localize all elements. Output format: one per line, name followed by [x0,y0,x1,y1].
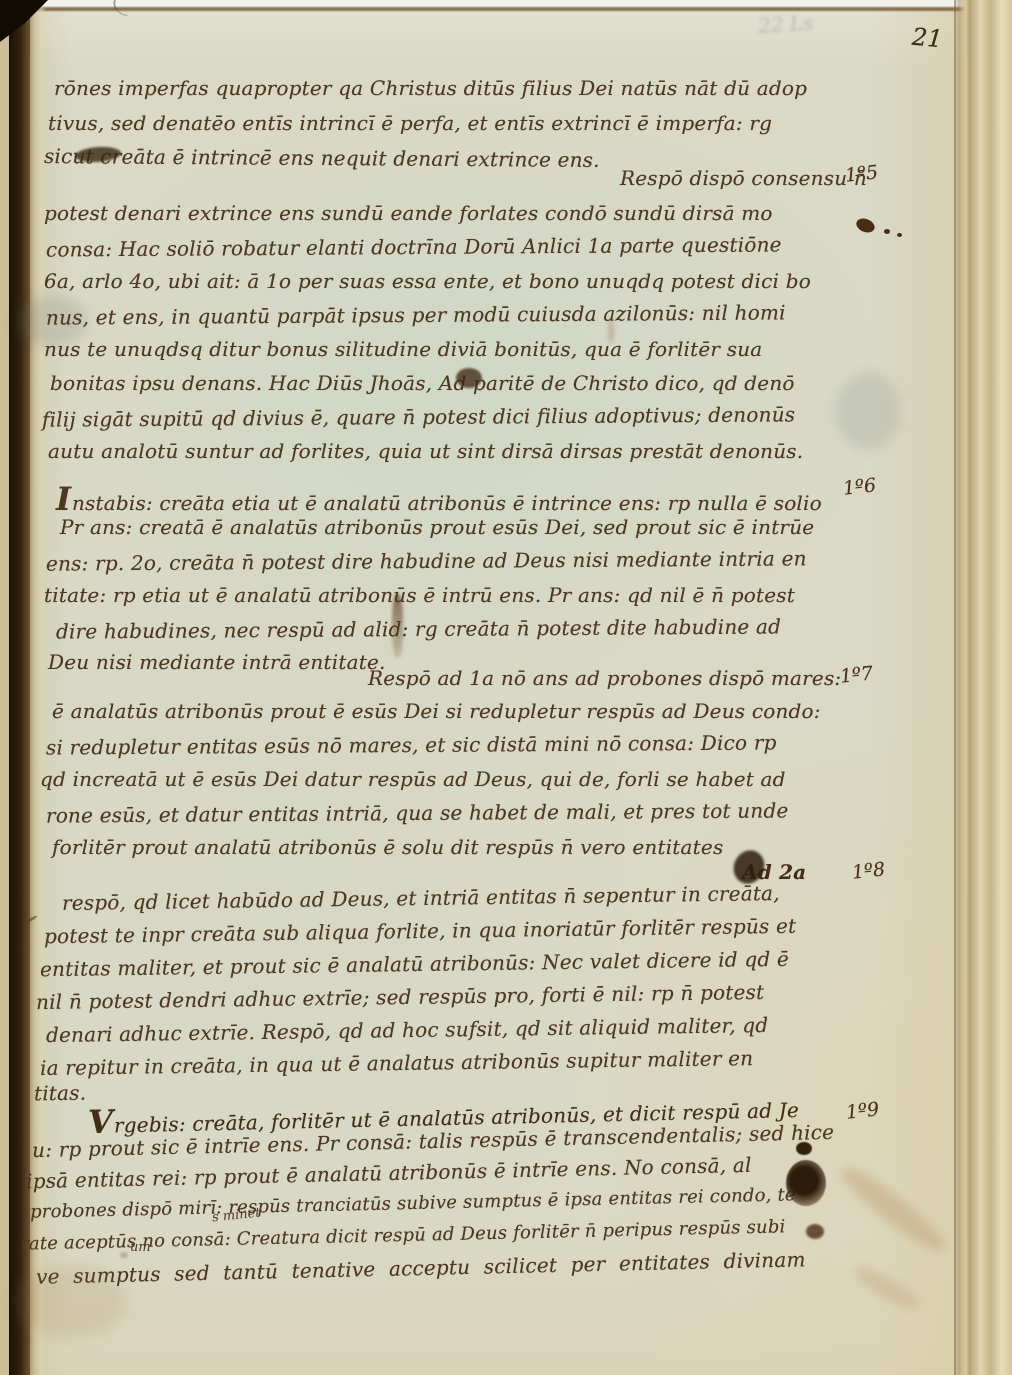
ink-blot [796,1142,812,1155]
marginal-number: 1º9 [845,1098,880,1123]
manuscript-line: nus, et ens, in quantū parpāt ipsus per … [46,302,786,327]
manuscript-line: potest denari extrince ens sundū eande f… [44,203,773,223]
ink-blot [806,1224,824,1239]
manuscript-line: autu analotū suntur ad forlites, quia ut… [48,441,803,461]
page-right-edges [954,0,1012,1375]
marginal-number: 1º7 [839,662,874,687]
manuscript-line: dire habudines, nec respū ad alid: rg cr… [56,616,781,641]
manuscript-line: si redupletur entitas esūs nō mares, et … [46,732,777,757]
stain [14,1266,126,1338]
manuscript-line: consa: Hac soliō robatur elanti doctrīna… [46,234,782,259]
graphite-smudge [836,372,900,450]
marginal-number: 1º5 [844,161,879,186]
ink-drip [392,594,403,658]
manuscript-line: nus te unuqdsq ditur bonus silitudine di… [44,339,762,359]
ink-blot [897,233,902,237]
manuscript-line: 6a, arlo 4o, ubi ait: ā 1o per suas essa… [44,271,811,291]
marginal-number: 1º8 [851,858,886,883]
manuscript-line: qd increatā ut ē esūs Dei datur respūs a… [40,769,786,789]
folio-number: 21 [911,23,944,54]
respondeo-line: Respō dispō consensu n̄ [620,168,867,188]
manuscript-line: Deu nisi mediante intrā entitate. [48,652,386,672]
marginal-number: 1º6 [842,474,877,499]
manuscript-line: filij sigāt supitū qd divius ē, quare n̄… [42,404,795,429]
manuscript-line: forlitēr prout analatū atribonūs ē solu … [52,837,723,857]
manuscript-line: Pr ans: creatā ē analatūs atribonūs prou… [60,517,814,537]
respondeo-line: Respō ad 1a nō ans ad probones dispō mar… [368,668,841,688]
manuscript-line: rone esūs, et datur entitas intriā, qua … [46,800,789,825]
interlinear-correction: um [130,1240,151,1255]
manuscript-line: ens: rp. 2o, creāta n̄ potest dire habud… [46,548,807,573]
page-fold-line [954,0,956,1375]
page-top-edge [24,7,1012,11]
manuscript-line: rōnes imperfas quapropter qa Christus di… [54,78,807,98]
show-through-mark [608,318,614,344]
manuscript-line: bonitas ipsu denans. Hac Diūs Jhoās, Ad … [50,373,795,393]
bleedthrough-mark: 22 Ls [757,10,814,38]
manuscript-line: Instabis: creāta etia ut ē analatū atrib… [56,483,822,515]
stain-speck [120,1252,128,1258]
manuscript-photo: 21 22 Ls rōnes imperfas quapropter qa Ch… [0,0,1012,1375]
ink-blot [786,1160,826,1206]
ink-blot [884,229,890,234]
manuscript-line: titas. [34,1083,86,1104]
ink-overwrite-blot [456,368,482,388]
manuscript-line: tivus, sed denatēo entīs intrincī ē perf… [48,113,772,133]
manuscript-line: sicut creāta ē intrincē ens nequit denar… [44,146,600,170]
manuscript-line: ē analatūs atribonūs prout ē esūs Dei si… [52,701,821,721]
manuscript-line: titate: rp etia ut ē analatū atribonūs ē… [44,585,795,605]
